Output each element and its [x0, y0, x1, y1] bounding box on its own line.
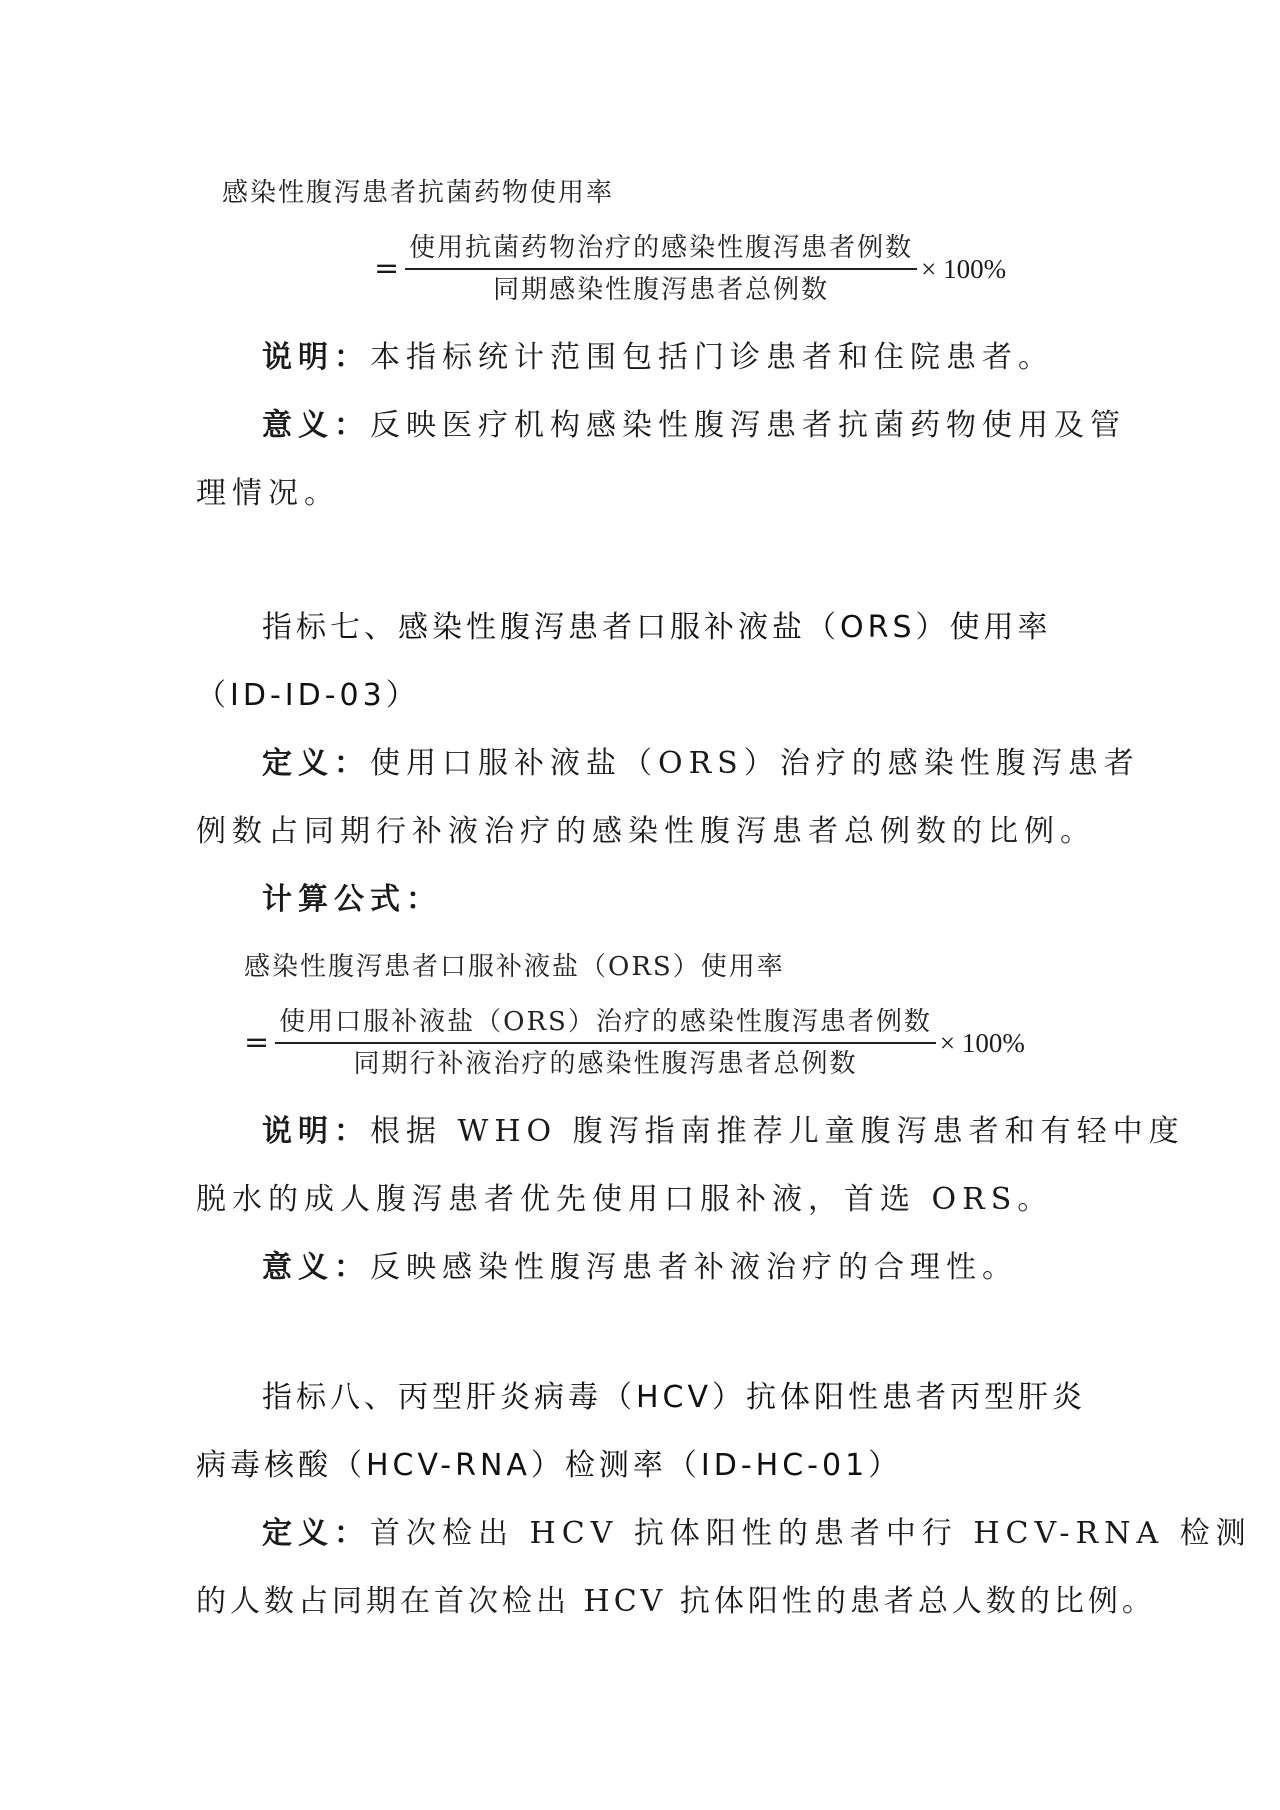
section8-heading-line1: 指标八、丙型肝炎病毒（HCV）抗体阳性患者丙型肝炎 [262, 1378, 1086, 1418]
section7-heading-line1: 指标七、感染性腹泻患者口服补液盐（ORS）使用率 [262, 608, 1052, 648]
significance-text: 反映感染性腹泻患者补液治疗的合理性。 [370, 1250, 1018, 1285]
significance-text-line1: 反映医疗机构感染性腹泻患者抗菌药物使用及管 [370, 408, 1126, 443]
formula-fraction: 使用口服补液盐（ORS）治疗的感染性腹泻患者例数 同期行补液治疗的感染性腹泻患者… [275, 1002, 936, 1084]
significance-text-line2: 理情况。 [196, 474, 340, 514]
formula-antibiotic-rate: = 使用抗菌药物治疗的感染性腹泻患者例数 同期感染性腹泻患者总例数 × 100% [374, 228, 1006, 310]
formula-equals: = [244, 1028, 269, 1058]
section7-definition: 定义：使用口服补液盐（ORS）治疗的感染性腹泻患者 [262, 744, 1140, 784]
formula-title: 计算公式： [262, 880, 442, 920]
note-text-line2: 脱水的成人腹泻患者优先使用口服补液，首选 ORS。 [196, 1180, 1053, 1220]
formula-denominator: 同期行补液治疗的感染性腹泻患者总例数 [349, 1044, 861, 1084]
section8-heading-line2: 病毒核酸（HCV-RNA）检测率（ID-HC-01） [196, 1446, 902, 1486]
formula-fraction: 使用抗菌药物治疗的感染性腹泻患者例数 同期感染性腹泻患者总例数 [405, 228, 917, 310]
section8-definition: 定义：首次检出 HCV 抗体阳性的患者中行 HCV-RNA 检测 [262, 1514, 1252, 1554]
formula-numerator: 使用抗菌药物治疗的感染性腹泻患者例数 [405, 228, 917, 268]
section7-heading-line2: （ID-ID-03） [196, 676, 420, 716]
formula-multiplier: × 100% [921, 256, 1006, 283]
definition-text-line1: 使用口服补液盐（ORS）治疗的感染性腹泻患者 [370, 746, 1140, 781]
formula-title-label: 计算公式： [262, 882, 442, 917]
note-text-line1: 根据 WHO 腹泻指南推荐儿童腹泻患者和有轻中度 [370, 1114, 1185, 1149]
formula-numerator: 使用口服补液盐（ORS）治疗的感染性腹泻患者例数 [275, 1002, 936, 1042]
note-text: 本指标统计范围包括门诊患者和住院患者。 [370, 340, 1054, 375]
formula-equals: = [374, 254, 399, 284]
definition-label: 定义： [262, 746, 370, 781]
formula-ors-rate: = 使用口服补液盐（ORS）治疗的感染性腹泻患者例数 同期行补液治疗的感染性腹泻… [244, 1002, 1025, 1084]
significance-paragraph: 意义：反映医疗机构感染性腹泻患者抗菌药物使用及管 [262, 406, 1126, 446]
note-label: 说明： [262, 1114, 370, 1149]
definition-text-line1: 首次检出 HCV 抗体阳性的患者中行 HCV-RNA 检测 [370, 1516, 1252, 1551]
section7-note: 说明：根据 WHO 腹泻指南推荐儿童腹泻患者和有轻中度 [262, 1112, 1185, 1152]
section7-significance: 意义：反映感染性腹泻患者补液治疗的合理性。 [262, 1248, 1018, 1288]
significance-label: 意义： [262, 408, 370, 443]
formula-label-ors-rate: 感染性腹泻患者口服补液盐（ORS）使用率 [244, 946, 785, 983]
formula-multiplier: × 100% [940, 1030, 1025, 1057]
formula-label-antibiotic-rate: 感染性腹泻患者抗菌药物使用率 [222, 172, 614, 209]
definition-text-line2: 例数占同期行补液治疗的感染性腹泻患者总例数的比例。 [196, 812, 1096, 852]
definition-label: 定义： [262, 1516, 370, 1551]
note-paragraph: 说明：本指标统计范围包括门诊患者和住院患者。 [262, 338, 1054, 378]
definition-text-line2: 的人数占同期在首次检出 HCV 抗体阳性的患者总人数的比例。 [196, 1582, 1156, 1622]
note-label: 说明： [262, 340, 370, 375]
significance-label: 意义： [262, 1250, 370, 1285]
formula-denominator: 同期感染性腹泻患者总例数 [489, 270, 833, 310]
